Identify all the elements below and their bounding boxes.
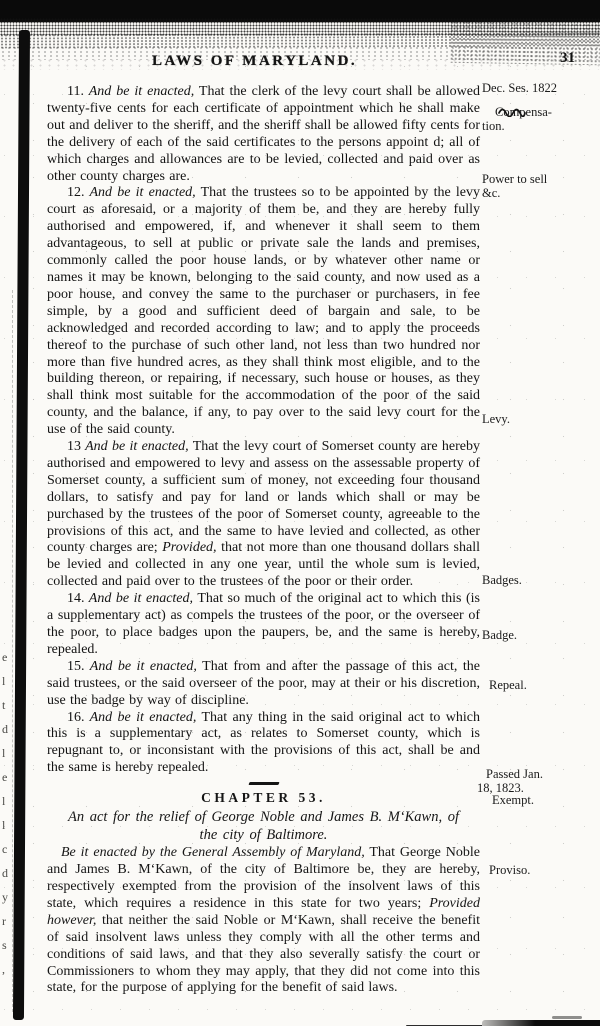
section-number: 13 [67, 439, 81, 454]
margin-note-badge: Badge. [482, 629, 598, 643]
bleed-through-text: e l t d l e l l c d y r s , [2, 645, 16, 981]
margin-note-compensation: Compensa- tion. [482, 106, 598, 133]
margin-note-proviso: Proviso. [489, 864, 600, 878]
running-title: LAWS OF MARYLAND. [152, 53, 357, 70]
enacting-clause: And be it enacted, [85, 185, 196, 200]
margin-note-exempt: Exempt. [492, 794, 600, 808]
statute-section-15: 15. And be it enacted, That from and aft… [47, 659, 480, 710]
enacting-clause: Be it enacted by the General Assembly of… [61, 845, 365, 860]
section-number: 16. [67, 710, 85, 725]
margin-note-levy: Levy. [482, 413, 598, 427]
margin-note-badges: Badges. [482, 574, 598, 588]
enacting-clause: And be it enacted, [81, 439, 189, 454]
statute-text-column: 11. And be it enacted, That the clerk of… [47, 84, 480, 997]
margin-note-passed-date: Passed Jan. 18, 1823. [477, 768, 593, 795]
chapter-heading: CHAPTER 53. [47, 790, 480, 806]
enacting-clause: And be it enacted, [85, 710, 197, 725]
scan-mark [552, 1016, 582, 1019]
statute-section-11: 11. And be it enacted, That the clerk of… [47, 84, 480, 185]
section-number: 14. [67, 591, 85, 606]
statute-section-14: 14. And be it enacted, That so much of t… [47, 591, 480, 659]
proviso-word: Provided, [162, 540, 216, 555]
chapter-title: An act for the relief of George Noble an… [57, 809, 470, 844]
scan-top-black-band [0, 0, 600, 22]
section-number: 15. [67, 659, 85, 674]
chapter-body: Be it enacted by the General Assembly of… [47, 845, 480, 997]
section-body: That the levy court of Somerset county a… [47, 439, 480, 555]
statute-section-13: 13 And be it enacted, That the levy cour… [47, 439, 480, 591]
margin-note-power-to-sell: Power to sell &c. [482, 173, 598, 200]
chapter-53-block: CHAPTER 53. An act for the relief of Geo… [47, 782, 480, 997]
enacting-clause: And be it enacted, [85, 659, 197, 674]
page-number: 31 [560, 50, 575, 67]
section-body: That the trustees so to be appointed by … [47, 185, 480, 437]
statute-section-16: 16. And be it enacted, That any thing in… [47, 710, 480, 778]
enacting-clause: And be it enacted, [84, 84, 194, 99]
statute-section-12: 12. And be it enacted, That the trustees… [47, 185, 480, 439]
chapter-divider-rule [248, 782, 279, 785]
scanned-statute-page: e l t d l e l l c d y r s , LAWS OF MARY… [0, 0, 600, 1026]
enacting-clause: And be it enacted, [85, 591, 194, 606]
scan-bottom-smudge [482, 1020, 600, 1026]
section-number: 12. [67, 185, 85, 200]
section-number: 11. [67, 84, 84, 99]
scan-noise-strip [0, 32, 600, 49]
margin-note-repeal: Repeal. [489, 679, 600, 693]
scan-noise-patch [450, 21, 600, 66]
